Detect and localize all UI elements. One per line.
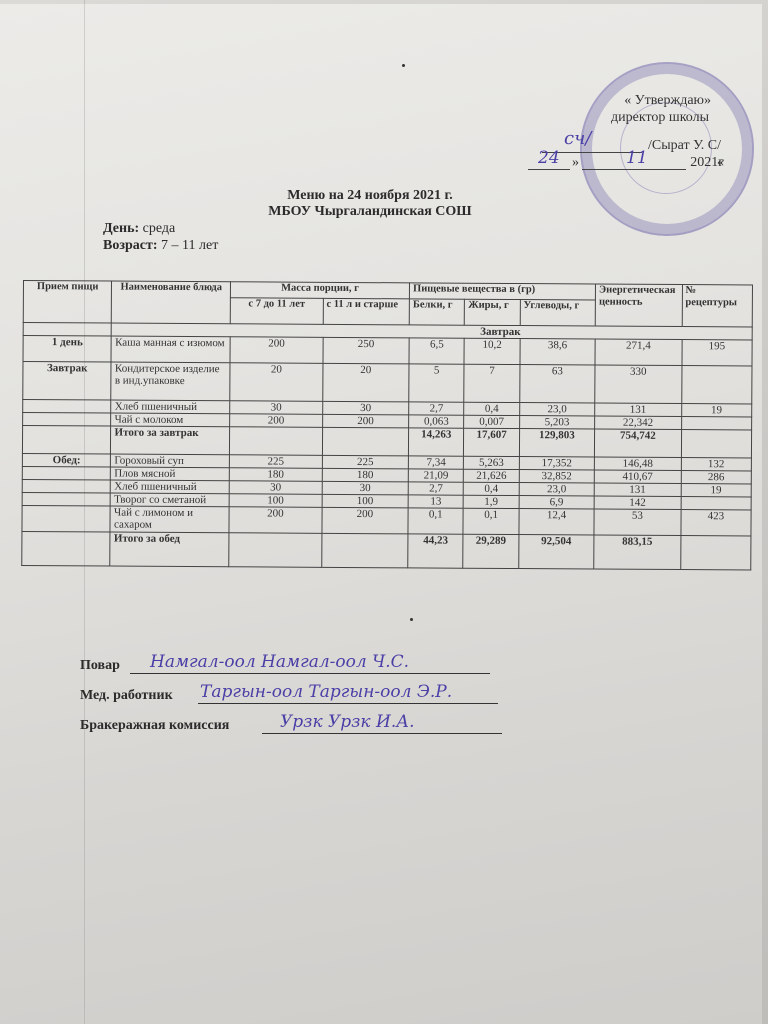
total-label: Итого за завтрак [111,426,230,455]
cell-protein: 5 [409,364,465,402]
dish-name: Плов мясной [111,467,230,481]
approval-title: « Утверждаю» [624,92,711,109]
total-protein: 14,263 [409,428,464,456]
empty-cell [229,533,322,568]
dish-name: Творог со сметаной [111,493,230,507]
meal-cell [22,505,111,532]
day-line: День: среда [103,220,218,237]
cell-energy: 330 [595,365,682,404]
date-month-line [582,169,686,170]
paper-speck [402,64,405,67]
cell-energy: 131 [594,483,681,497]
cell-m2: 100 [322,494,409,508]
cell-recipe [681,497,752,510]
cell-energy: 146,48 [594,457,681,471]
cell-m1: 30 [229,481,322,495]
cell-m2: 20 [322,363,409,402]
total-energy: 754,742 [595,429,682,458]
empty-cell [230,427,323,456]
age-label: Возраст: [103,238,158,253]
cell-energy: 271,4 [595,339,682,366]
cell-fat: 0,4 [464,482,519,495]
dish-name: Чай с молоком [111,413,230,427]
dish-name: Кондитерское изделие в инд.упаковке [111,362,230,401]
cell-protein: 13 [408,495,463,508]
medic-signature-row: Мед. работник Таргын-оол Таргын-оол Э.Р. [80,680,540,710]
approval-position: директор школы [611,109,709,126]
date-month: 11 [626,150,648,167]
cell-carbs: 63 [519,365,595,403]
cell-m2: 180 [322,468,409,482]
cell-recipe: 132 [681,458,752,471]
total-fat: 17,607 [464,428,519,456]
header-protein: Белки, г [409,299,464,325]
total-fat: 29,289 [463,534,519,568]
cell-carbs: 17,352 [519,457,594,470]
cell-energy: 22,342 [595,416,682,430]
section-spacer [23,323,112,337]
header-recipe: № рецептуры [682,285,753,327]
meal-cell: Обед: [22,453,111,467]
cell-recipe: 286 [681,471,752,484]
commission-signature-row: Бракеражная комиссия Урзк Урзк И.А. [80,710,540,740]
date-year: 2021г [690,154,724,171]
menu-meta: День: среда Возраст: 7 – 11 лет [103,220,218,254]
cell-m2: 30 [322,401,409,415]
meal-cell: Завтрак [23,362,112,401]
meal-cell [23,413,112,427]
cell-protein: 21,09 [408,469,463,482]
cook-signature-line [130,673,490,674]
signatures-block: Повар Намгал-оол Намгал-оол Ч.С. Мед. ра… [80,650,540,740]
paper-speck [410,618,413,621]
cell-m1: 200 [230,414,323,428]
date-day-line [528,169,570,170]
meal-cell [22,426,111,455]
cell-m1: 100 [229,494,322,508]
dish-name: Гороховый суп [111,454,230,468]
empty-cell [321,533,408,568]
cook-signature: Намгал-оол Намгал-оол Ч.С. [150,652,409,672]
date-quote-close: » [572,154,579,171]
cell-carbs: 12,4 [519,509,595,535]
commission-label: Бракеражная комиссия [80,718,229,734]
cell-protein: 0,063 [409,415,464,428]
meal-cell [22,492,111,506]
cell-fat: 10,2 [464,338,519,364]
dish-name: Чай с лимоном и сахаром [110,506,229,533]
cell-energy: 142 [594,496,681,510]
cell-fat: 21,626 [464,469,519,482]
cell-carbs: 6,9 [519,496,594,509]
cell-protein: 2,7 [409,402,464,415]
meal-cell [22,466,111,480]
cell-fat: 7 [464,364,520,402]
cell-m1: 30 [230,401,323,415]
cell-m1: 20 [230,363,323,402]
cell-m2: 30 [322,481,409,495]
total-energy: 883,15 [594,535,681,570]
header-mass-11plus: с 11 л и старше [323,298,410,325]
cell-fat: 0,4 [464,402,519,415]
cell-recipe: 195 [682,340,753,366]
total-protein: 44,23 [408,534,464,568]
meal-cell [23,400,112,414]
total-carbs: 92,504 [518,535,594,569]
total-carbs: 129,803 [519,429,595,457]
empty-cell [680,536,751,570]
cell-recipe: 19 [681,404,752,417]
header-nutrients: Пищевые вещества в (гр) [409,283,595,300]
cell-m1: 180 [229,468,322,482]
date-day: 24 [538,150,560,167]
cell-recipe [681,366,752,404]
cell-energy: 410,67 [594,470,681,484]
dish-name: Каша манная с изюмом [111,336,230,363]
medic-signature: Таргын-оол Таргын-оол Э.Р. [200,682,452,702]
cell-protein: 2,7 [408,482,463,495]
commission-signature: Урзк Урзк И.А. [280,712,415,732]
cell-recipe: 423 [681,510,752,536]
header-mass-7-11: с 7 до 11 лет [230,298,323,325]
document-title: Меню на 24 ноября 2021 г. МБОУ Чыргаланд… [150,188,590,220]
cell-carbs: 23,0 [519,483,594,496]
cell-m2: 200 [322,507,409,534]
cell-carbs: 23,0 [519,403,594,416]
cell-fat: 1,9 [464,495,519,508]
dish-name: Хлеб пшеничный [111,480,230,494]
cell-carbs: 38,6 [520,339,596,365]
table-row: ЗавтракКондитерское изделие в инд.упаков… [23,362,752,404]
age-line: Возраст: 7 – 11 лет [103,237,218,254]
cell-m2: 225 [322,455,409,469]
cell-fat: 5,263 [464,456,519,469]
cell-carbs: 32,852 [519,470,594,483]
cell-protein: 0,1 [408,508,463,534]
medic-signature-line [198,703,498,704]
cell-energy: 131 [595,403,682,417]
cell-m1: 200 [230,337,323,364]
header-fat: Жиры, г [465,299,520,325]
cell-protein: 6,5 [409,338,464,364]
header-meal: Прием пищи [23,281,112,324]
cell-carbs: 5,203 [519,416,594,429]
cell-energy: 53 [594,509,681,536]
cook-signature-row: Повар Намгал-оол Намгал-оол Ч.С. [80,650,540,680]
header-carbs: Углеводы, г [520,300,596,326]
cell-m2: 200 [322,414,409,428]
menu-date-title: Меню на 24 ноября 2021 г. [150,188,590,204]
cell-m1: 225 [229,455,322,469]
header-mass: Масса порции, г [231,282,410,299]
header-energy: Энергетическая ценность [595,284,682,327]
director-name: /Сырат У. С/ [648,137,721,154]
director-signature: сч/ [564,130,591,147]
total-row: Итого за завтрак14,26317,607129,803754,7… [22,426,751,458]
header-dish: Наименование блюда [112,281,231,324]
total-label: Итого за обед [110,532,229,567]
meal-cell [22,479,111,493]
empty-cell [322,427,409,456]
cell-protein: 7,34 [408,456,463,469]
cell-fat: 0,007 [464,415,519,428]
school-name: МБОУ Чыргаландинская СОШ [150,204,590,220]
cell-recipe: 19 [681,484,752,497]
empty-cell [681,430,752,458]
day-value: среда [143,221,176,236]
commission-signature-line [262,733,502,734]
day-label: День: [103,221,139,236]
menu-table-body: Завтрак 1 деньКаша манная с изюмом200250… [22,323,752,570]
cook-label: Повар [80,658,120,674]
meal-cell [22,531,111,566]
cell-m1: 200 [229,507,322,534]
total-row: Итого за обед44,2329,28992,504883,15 [22,531,751,569]
age-value: 7 – 11 лет [161,238,218,253]
meal-cell: 1 день [23,336,112,363]
menu-table: Прием пищи Наименование блюда Масса порц… [21,280,753,570]
medic-label: Мед. работник [80,688,173,704]
dish-name: Хлеб пшеничный [111,400,230,414]
cell-fat: 0,1 [463,508,518,534]
cell-m2: 250 [323,337,410,364]
cell-recipe [681,417,752,430]
